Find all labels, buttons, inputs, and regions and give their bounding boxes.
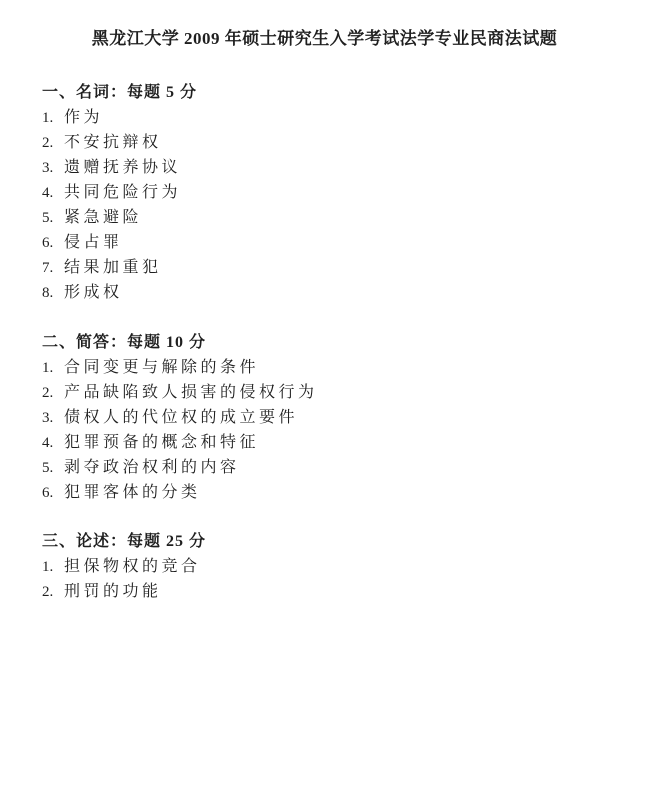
question-number: 6. (42, 481, 64, 506)
question-number: 3. (42, 156, 64, 181)
section-mingci: 一、名词：每题 5 分 1.作为 2.不安抗辩权 3.遗赠抚养协议 4.共同危险… (42, 80, 619, 305)
section-lunshu: 三、论述：每题 25 分 1.担保物权的竞合 2.刑罚的功能 (42, 529, 619, 604)
question-number: 5. (42, 206, 64, 231)
question-number: 2. (42, 131, 64, 156)
section-heading: 一、名词：每题 5 分 (42, 80, 619, 105)
question-text: 剥夺政治权利的内容 (64, 459, 240, 476)
question-item: 3.遗赠抚养协议 (42, 155, 619, 180)
question-number: 2. (42, 580, 64, 605)
section-heading: 二、简答：每题 10 分 (42, 330, 619, 355)
question-text: 紧急避险 (64, 209, 142, 226)
question-item: 6.犯罪客体的分类 (42, 480, 619, 505)
question-text: 犯罪预备的概念和特征 (64, 434, 259, 451)
question-text: 侵占罪 (64, 234, 123, 251)
question-text: 共同危险行为 (64, 184, 181, 201)
question-number: 4. (42, 181, 64, 206)
question-text: 产品缺陷致人损害的侵权行为 (64, 384, 318, 401)
question-number: 1. (42, 555, 64, 580)
question-text: 遗赠抚养协议 (64, 159, 181, 176)
question-item: 6.侵占罪 (42, 230, 619, 255)
question-number: 5. (42, 456, 64, 481)
question-item: 4.共同危险行为 (42, 180, 619, 205)
question-item: 1.合同变更与解除的条件 (42, 355, 619, 380)
question-number: 1. (42, 356, 64, 381)
question-item: 7.结果加重犯 (42, 255, 619, 280)
question-item: 2.产品缺陷致人损害的侵权行为 (42, 380, 619, 405)
question-item: 1.作为 (42, 105, 619, 130)
question-text: 合同变更与解除的条件 (64, 359, 259, 376)
question-number: 8. (42, 281, 64, 306)
question-item: 4.犯罪预备的概念和特征 (42, 430, 619, 455)
question-text: 债权人的代位权的成立要件 (64, 409, 298, 426)
question-item: 5.紧急避险 (42, 205, 619, 230)
section-jianda: 二、简答：每题 10 分 1.合同变更与解除的条件 2.产品缺陷致人损害的侵权行… (42, 330, 619, 505)
question-item: 1.担保物权的竞合 (42, 554, 619, 579)
question-item: 5.剥夺政治权利的内容 (42, 455, 619, 480)
question-text: 担保物权的竞合 (64, 558, 201, 575)
question-item: 3.债权人的代位权的成立要件 (42, 405, 619, 430)
question-text: 结果加重犯 (64, 259, 162, 276)
exam-paper-page: 黑龙江大学 2009 年硕士研究生入学考试法学专业民商法试题 一、名词：每题 5… (0, 0, 649, 793)
question-number: 2. (42, 381, 64, 406)
section-heading: 三、论述：每题 25 分 (42, 529, 619, 554)
question-text: 刑罚的功能 (64, 583, 162, 600)
exam-title: 黑龙江大学 2009 年硕士研究生入学考试法学专业民商法试题 (0, 28, 649, 50)
question-item: 8.形成权 (42, 280, 619, 305)
question-text: 形成权 (64, 284, 123, 301)
question-number: 3. (42, 406, 64, 431)
question-number: 1. (42, 106, 64, 131)
question-text: 作为 (64, 109, 103, 126)
question-item: 2.刑罚的功能 (42, 579, 619, 604)
question-text: 犯罪客体的分类 (64, 484, 201, 501)
question-number: 4. (42, 431, 64, 456)
question-item: 2.不安抗辩权 (42, 130, 619, 155)
question-number: 7. (42, 256, 64, 281)
question-text: 不安抗辩权 (64, 134, 162, 151)
question-number: 6. (42, 231, 64, 256)
